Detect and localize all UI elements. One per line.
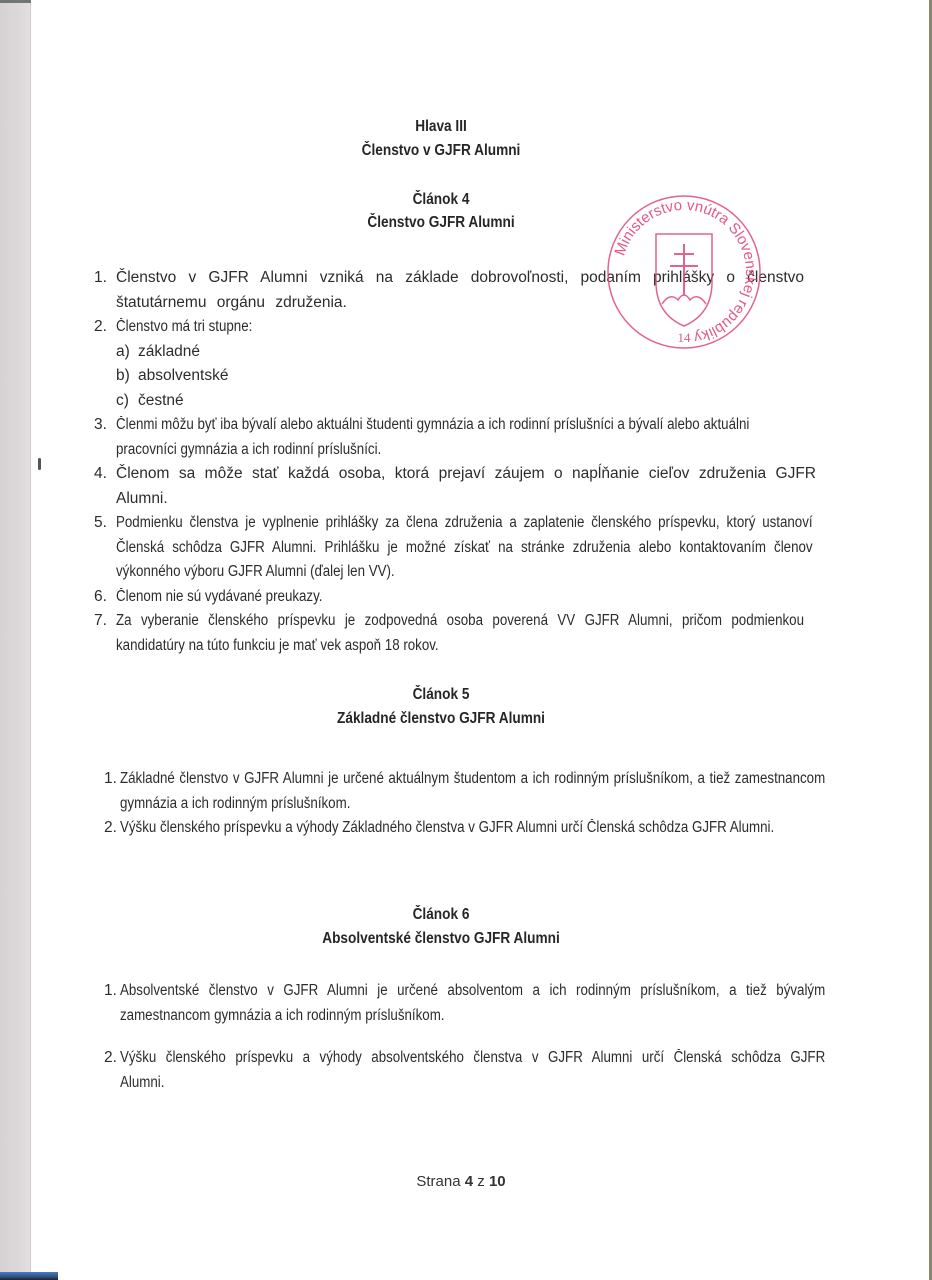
sub-item: b) absolventské	[94, 364, 834, 389]
list-item: 2. Výšku členského príspevku a výhody Zá…	[104, 816, 844, 841]
list-item-text: Členom nie sú vydávané preukazy.	[116, 585, 322, 610]
article-5-title: Základné členstvo GJFR Alumni	[80, 707, 802, 731]
article-6-title: Absolventské členstvo GJFR Alumni	[80, 927, 802, 951]
article-5-number: Článok 5	[80, 683, 802, 707]
list-item: 2. Výšku členského príspevku a výhody ab…	[104, 1046, 844, 1095]
list-item-text: Absolventské členstvo v GJFR Alumni je u…	[120, 979, 825, 1028]
sub-item: a) základné	[94, 340, 834, 365]
list-item: 1. Členstvo v GJFR Alumni vzniká na zákl…	[94, 266, 804, 315]
list-item-text: Základné členstvo v GJFR Alumni je určen…	[120, 767, 825, 816]
article-4-list: 1. Členstvo v GJFR Alumni vzniká na zákl…	[94, 266, 834, 658]
scan-binding-shadow	[0, 0, 31, 1280]
list-item: 3. Členmi môžu byť iba bývalí alebo aktu…	[94, 413, 834, 462]
list-item: 1. Absolventské členstvo v GJFR Alumni j…	[104, 979, 844, 1028]
list-item: 1. Základné členstvo v GJFR Alumni je ur…	[104, 767, 844, 816]
list-item: 6. Členom nie sú vydávané preukazy.	[94, 585, 834, 610]
article-4-title: Členstvo GJFR Alumni	[80, 211, 802, 235]
list-item-text: Členstvo má tri stupne:	[116, 315, 252, 340]
sub-item-text: absolventské	[138, 367, 228, 384]
article-5-list: 1. Základné členstvo v GJFR Alumni je ur…	[104, 767, 844, 841]
list-item-text: Výšku členského príspevku a výhody absol…	[120, 1046, 825, 1095]
list-item: 7. Za vyberanie členského príspevku je z…	[94, 609, 834, 658]
list-item-text: Členmi môžu byť iba bývalí alebo aktuáln…	[116, 413, 795, 462]
footer-prefix: Strana	[416, 1173, 460, 1190]
footer-total-pages: 10	[489, 1173, 506, 1190]
scan-edge-top	[0, 0, 31, 3]
list-item-text: Podmienku členstva je vyplnenie prihlášk…	[116, 511, 813, 585]
document-page: Hlava III Členstvo v GJFR Alumni Článok …	[31, 0, 929, 1280]
article-6-number: Článok 6	[80, 903, 802, 927]
list-item-text: Za vyberanie členského príspevku je zodp…	[116, 609, 804, 658]
list-item-text: Výšku členského príspevku a výhody Zákla…	[120, 816, 825, 841]
chapter-subtitle: Členstvo v GJFR Alumni	[80, 139, 802, 163]
list-item: 4. Členom sa môže stať každá osoba, ktor…	[94, 462, 816, 511]
article-4-number: Článok 4	[80, 188, 802, 212]
list-item-text: Členstvo v GJFR Alumni vzniká na základe…	[116, 269, 804, 311]
page-number-footer: Strana 4 z 10	[31, 1173, 891, 1190]
footer-separator: z	[477, 1173, 485, 1190]
list-item: 2. Členstvo má tri stupne:	[94, 315, 834, 340]
sub-item-text: čestné	[138, 392, 184, 409]
list-item-text: Členom sa môže stať každá osoba, ktorá p…	[116, 465, 816, 507]
chapter-title: Hlava III	[80, 115, 802, 139]
list-item: 5. Podmienku členstva je vyplnenie prihl…	[94, 511, 834, 585]
article-6-list: 1. Absolventské členstvo v GJFR Alumni j…	[104, 979, 844, 1095]
sub-item: c) čestné	[94, 389, 834, 414]
footer-current-page: 4	[465, 1173, 473, 1190]
sub-item-text: základné	[138, 343, 200, 360]
